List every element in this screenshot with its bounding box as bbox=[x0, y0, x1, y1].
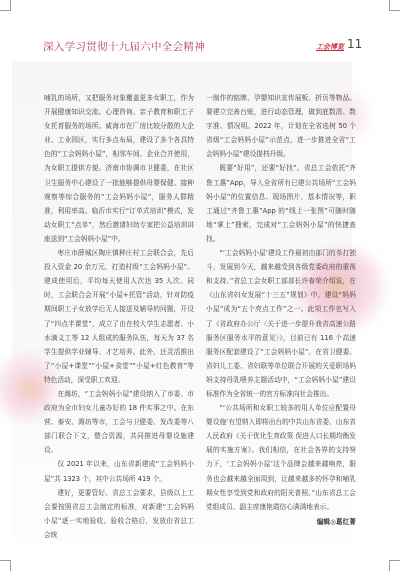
paragraph: 建好，更要管好。省总工会要求，县级以上工会要按照省总工会制定的标准，对新建“工会… bbox=[44, 486, 194, 542]
paragraph: “‘工会妈妈小屋’建设工作最初由部门的单打独斗，发展到今天，越来越受到各级党委政… bbox=[206, 246, 356, 401]
paragraph: 仅 2021 年以来，山东省新建成“工会妈妈小屋”共 1323 个，其中公共场所… bbox=[44, 457, 194, 485]
article-left-column: 哺乳的场所，又把服务对象覆盖更多女职工，作为开展健康知识交流、心理咨询、亲子教育… bbox=[44, 91, 194, 542]
magazine-brand-logo: 工会博览 bbox=[316, 42, 344, 52]
crop-mark-bottom-left bbox=[0, 560, 11, 571]
paragraph: 哺乳的场所，又把服务对象覆盖更多女职工，作为开展健康知识交流、心理咨询、亲子教育… bbox=[44, 91, 194, 246]
editor-credit: 编辑◎葛红菁 bbox=[206, 515, 356, 529]
paragraph: 既要“好用”，还要“好找”。省总工会依托“齐鲁工惠”App，导入全省所有已建公共… bbox=[206, 161, 356, 246]
crop-mark-top-right bbox=[389, 0, 400, 11]
crop-mark-top-left bbox=[0, 0, 11, 11]
page-number: 11 bbox=[347, 37, 362, 51]
paragraph: 在潍坊，“工会妈妈小屋”建设纳入了市委、市政府为全市妇女儿童办好的 18 件实事… bbox=[44, 387, 194, 457]
paragraph: 枣庄市薛城区陶庄镇种庄村工会联合会，先后投入资金 20 余万元，打造村级“工会妈… bbox=[44, 246, 194, 387]
paragraph: “‘公共场所和女职工较多的用人单位应配置母婴设施’有望纳入即将出台的中共山东省委… bbox=[206, 401, 356, 514]
paragraph: 一制作的铭牌、孕婴知识宣传展板、折页等物品。要建立完善台账，进行动态管理，做到底… bbox=[206, 91, 356, 161]
crop-mark-bottom-right bbox=[389, 560, 400, 571]
section-header-title: 深入学习贯彻十九届六中全会精神 bbox=[43, 39, 205, 54]
article-right-column: 一制作的铭牌、孕婴知识宣传展板、折页等物品。要建立完善台账，进行动态管理，做到底… bbox=[206, 91, 356, 529]
